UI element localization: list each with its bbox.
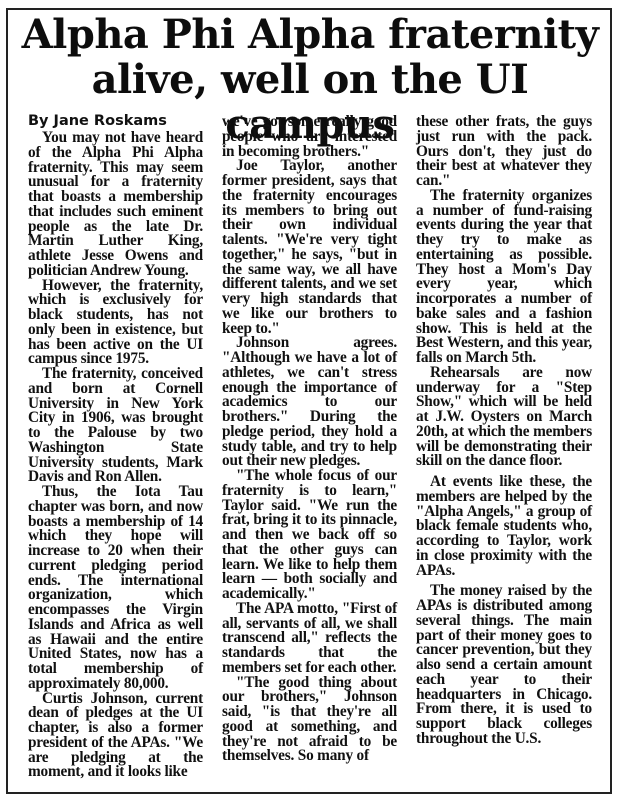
byline: By Jane Roskams: [28, 112, 203, 130]
paragraph: Joe Taylor, another former president, sa…: [222, 159, 397, 336]
article-column-1: By Jane Roskams You may not have heard o…: [28, 112, 203, 780]
paragraph: The fraternity organizes a number of fun…: [416, 189, 592, 366]
paragraph: "The whole focus of our fraternity is to…: [222, 469, 397, 602]
paragraph: "The good thing about our brothers," Joh…: [222, 676, 397, 765]
paragraph: The APA motto, "First of all, servants o…: [222, 602, 397, 676]
paragraph: Thus, the Iota Tau chapter was born, and…: [28, 485, 203, 692]
paragraph: The fraternity, conceived and born at Co…: [28, 367, 203, 485]
paragraph: Rehearsals are now underway for a "Step …: [416, 366, 592, 469]
paragraph: The money raised by the APAs is distribu…: [416, 584, 592, 746]
paragraph-continued: these other frats, the guys just run wit…: [416, 115, 592, 189]
paragraph: You may not have heard of the Alpha Phi …: [28, 131, 203, 279]
paragraph: Curtis Johnson, current dean of pledges …: [28, 692, 203, 781]
paragraph: At events like these, the members are he…: [416, 475, 592, 578]
article-column-3: these other frats, the guys just run wit…: [416, 115, 592, 747]
article-column-2: we've got some really good people who ar…: [222, 115, 397, 764]
headline-line-1: Alpha Phi Alpha fraternity: [22, 11, 599, 58]
paragraph: Johnson agrees. "Although we have a lot …: [222, 336, 397, 469]
paragraph: However, the fraternity, which is exclus…: [28, 279, 203, 368]
paragraph-continued: we've got some really good people who ar…: [222, 115, 397, 159]
